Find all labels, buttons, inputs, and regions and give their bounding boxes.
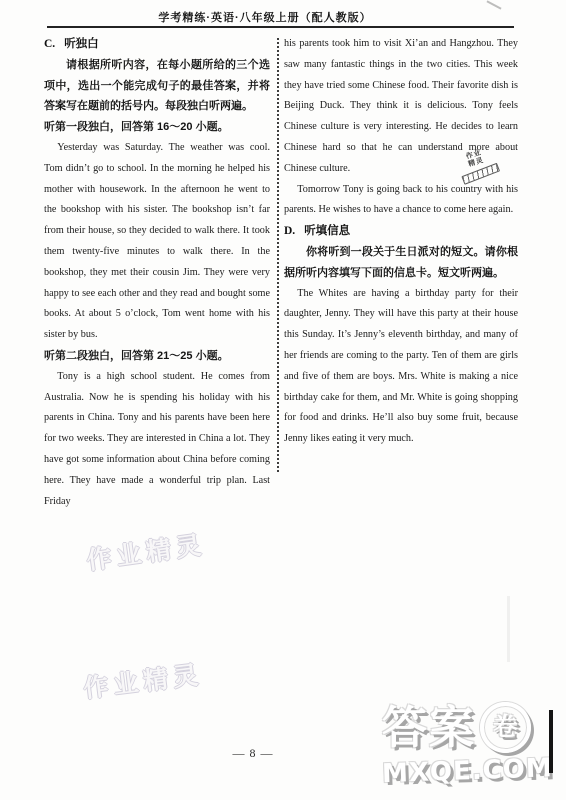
scan-edge-bar	[549, 710, 553, 773]
logo-badge-character: 卷	[493, 715, 518, 740]
section-c-title: 听独白	[64, 38, 99, 50]
column-divider-dotted-line	[277, 38, 279, 472]
page-number: — 8 —	[0, 746, 506, 761]
watermark-zuoye-jingling-upper: 作业精灵	[84, 525, 208, 577]
monologue2-heading: 听第二段独白，回答第 21～25 小题。	[44, 346, 270, 367]
scan-smudge	[507, 596, 510, 662]
monologue2-text-paragraph2: Tomorrow Tony is going back to his count…	[284, 180, 518, 222]
section-d-heading: D.听填信息	[284, 221, 518, 242]
workbook-scan-page: 学考精练·英语·八年级上册（配人教版） C.听独白 请根据所听内容，在每小题所给…	[0, 0, 566, 800]
section-d-title: 听填信息	[304, 225, 350, 237]
section-c-instructions: 请根据所听内容，在每小题所给的三个选项中，选出一个能完成句子的最佳答案，并将答案…	[44, 55, 270, 117]
right-column: his parents took him to visit Xi’an and …	[284, 34, 518, 450]
section-c-label: C.	[44, 38, 55, 50]
watermark-zuoye-jingling-lower: 作业精灵	[81, 655, 205, 705]
left-column: C.听独白 请根据所听内容，在每小题所给的三个选项中，选出一个能完成句子的最佳答…	[44, 34, 270, 512]
section-c-heading: C.听独白	[44, 34, 270, 55]
logo-text-daan: 答案	[382, 705, 476, 750]
header-rule	[47, 26, 514, 28]
section-d-label: D.	[284, 225, 295, 237]
monologue1-text: Yesterday was Saturday. The weather was …	[44, 138, 270, 346]
monologue2-text-left-part: Tony is a high school student. He comes …	[44, 367, 270, 513]
page-header-title: 学考精练·英语·八年级上册（配人教版）	[0, 9, 530, 25]
section-d-passage: The Whites are having a birthday party f…	[284, 284, 518, 450]
answer-circle-logo: 答案 卷 MXQE.COM	[382, 702, 566, 784]
section-d-instructions: 你将听到一段关于生日派对的短文。请你根据所听内容填写下面的信息卡。短文听两遍。	[284, 242, 518, 284]
monologue1-heading: 听第一段独白，回答第 16～20 小题。	[44, 117, 270, 138]
